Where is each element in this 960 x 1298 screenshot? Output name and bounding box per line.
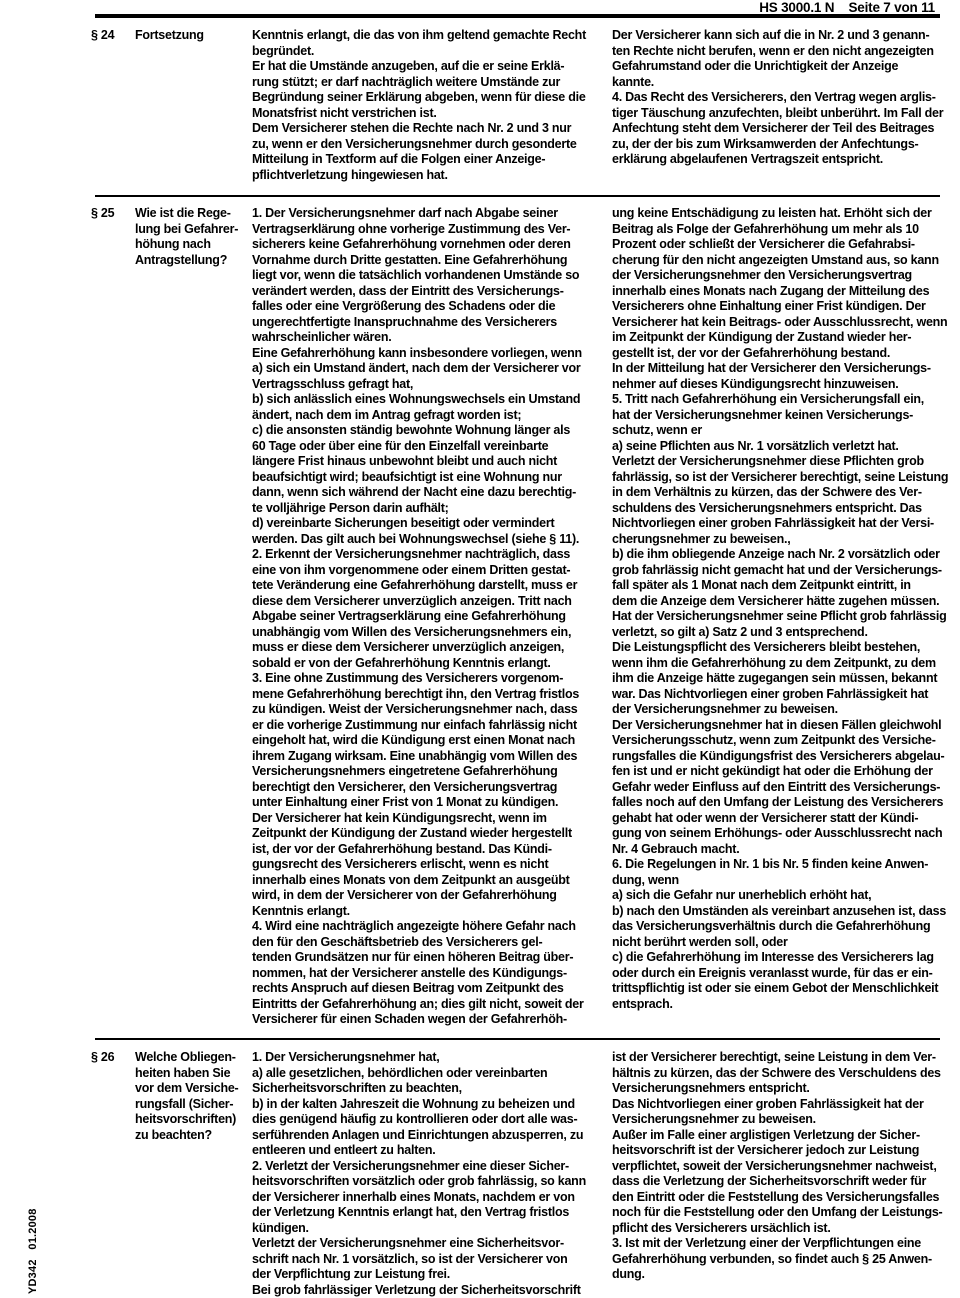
- section-25-middle-column: 1. Der Versicherungsnehmer darf nach Abg…: [252, 206, 612, 1028]
- section-divider: [95, 195, 940, 197]
- page-header: HS 3000.1 N Seite 7 von 11: [759, 0, 935, 15]
- section-24-middle-column: Kenntnis erlangt, die das von ihm gelten…: [252, 28, 612, 183]
- section-25-right-column: ung keine Entschädigung zu leisten hat. …: [612, 206, 942, 1012]
- section-24-heading: § 24 Fortsetzung: [91, 28, 251, 44]
- section-24-number: § 24: [91, 28, 135, 44]
- section-26-title: Welche Obliegen- heiten haben Sie vor de…: [135, 1050, 238, 1143]
- section-24-title: Fortsetzung: [135, 28, 204, 44]
- section-25-title: Wie ist die Rege- lung bei Gefahrer- höh…: [135, 206, 238, 268]
- section-25-heading: § 25 Wie ist die Rege- lung bei Gefahrer…: [91, 206, 251, 268]
- header-rule: [95, 14, 940, 18]
- section-25-number: § 25: [91, 206, 135, 268]
- section-24-right-column: Der Versicherer kann sich auf die in Nr.…: [612, 28, 942, 168]
- document-page: HS 3000.1 N Seite 7 von 11 § 24 Fortsetz…: [0, 0, 960, 1298]
- section-26-heading: § 26 Welche Obliegen- heiten haben Sie v…: [91, 1050, 251, 1143]
- section-divider: [95, 1038, 940, 1040]
- form-code-vertical: YD342 01.2008: [27, 1208, 39, 1294]
- section-26-middle-column: 1. Der Versicherungsnehmer hat, a) alle …: [252, 1050, 612, 1298]
- section-26-right-column: ist der Versicherer berechtigt, seine Le…: [612, 1050, 942, 1283]
- section-26-number: § 26: [91, 1050, 135, 1143]
